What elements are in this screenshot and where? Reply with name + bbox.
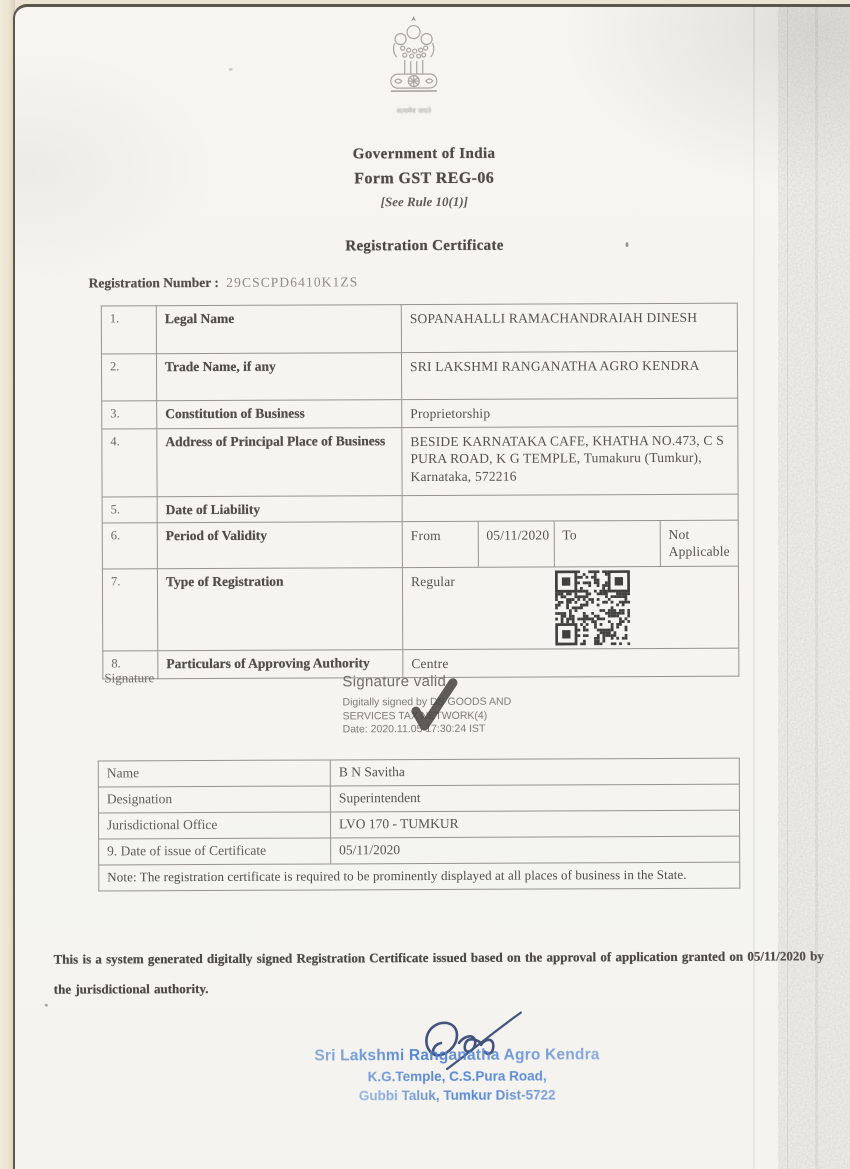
row-value: SRI LAKSHMI RANGANATHA AGRO KENDRA bbox=[401, 351, 737, 399]
row-number: 1. bbox=[101, 306, 156, 354]
scan-speck bbox=[45, 1004, 48, 1007]
row-label: Jurisdictional Office bbox=[98, 812, 330, 839]
registration-number-label: Registration Number : bbox=[89, 275, 219, 291]
row-label: Address of Principal Place of Business bbox=[157, 427, 402, 496]
row-value: SOPANAHALLI RAMACHANDRAIAH DINESH bbox=[401, 303, 737, 352]
certificate-table: 1. Legal Name SOPANAHALLI RAMACHANDRAIAH… bbox=[101, 303, 740, 679]
registration-type-cell: Regular bbox=[402, 566, 738, 649]
row-label: Trade Name, if any bbox=[156, 353, 401, 401]
rule-reference: [See Rule 10(1)] bbox=[13, 192, 835, 212]
row-number: 2. bbox=[101, 354, 156, 401]
row-number: 4. bbox=[102, 428, 157, 496]
row-number: 5. bbox=[102, 496, 157, 522]
note-text: Note: The registration certificate is re… bbox=[99, 862, 740, 891]
validity-to-label: To bbox=[554, 521, 660, 567]
signature-label: Signature bbox=[104, 670, 154, 686]
row-label: Type of Registration bbox=[157, 567, 402, 650]
table-row-type-of-registration: 7. Type of Registration Regular bbox=[102, 566, 738, 651]
validity-from-date: 05/11/2020 bbox=[478, 521, 554, 566]
table-row-note: Note: The registration certificate is re… bbox=[99, 862, 740, 891]
ashoka-emblem-icon: सत्यमेव जयते bbox=[379, 15, 449, 116]
row-value: Superintendent bbox=[330, 784, 739, 812]
table-row-jurisdictional-office: Jurisdictional Office LVO 170 - TUMKUR bbox=[98, 810, 739, 839]
table-row-date-of-liability: 5. Date of Liability bbox=[102, 494, 738, 523]
signature-section: Signature Signature valid Digitally sign… bbox=[102, 664, 752, 762]
table-row-name: Name B N Savitha bbox=[98, 758, 739, 787]
table-row-trade-name: 2. Trade Name, if any SRI LAKSHMI RANGAN… bbox=[101, 351, 737, 401]
row-value: B N Savitha bbox=[330, 758, 739, 786]
registration-number: Registration Number : 29CSCPD6410K1ZS bbox=[89, 274, 359, 291]
row-value: BESIDE KARNATAKA CAFE, KHATHA NO.473, C … bbox=[402, 426, 738, 495]
row-label: Legal Name bbox=[156, 305, 401, 354]
qr-code bbox=[555, 570, 630, 645]
row-value bbox=[402, 494, 738, 521]
row-label: Period of Validity bbox=[157, 521, 402, 568]
form-title: Form GST REG-06 bbox=[13, 168, 835, 190]
registration-number-value: 29CSCPD6410K1ZS bbox=[226, 274, 358, 290]
row-value: Proprietorship bbox=[402, 398, 738, 427]
row-value: 05/11/2020 bbox=[331, 836, 740, 864]
table-row-legal-name: 1. Legal Name SOPANAHALLI RAMACHANDRAIAH… bbox=[101, 303, 737, 354]
stamp-line-2: K.G.Temple, C.S.Pura Road, bbox=[287, 1068, 627, 1084]
business-stamp: Sri Lakshmi Ranganatha Agro Kendra K.G.T… bbox=[287, 1046, 627, 1103]
document-header: Government of India Form GST REG-06 [See… bbox=[13, 144, 835, 212]
row-label: Name bbox=[98, 760, 330, 787]
row-number: 3. bbox=[102, 401, 157, 429]
stamp-line-3: Gubbi Taluk, Tumkur Dist-5722 bbox=[287, 1087, 627, 1103]
row-number: 6. bbox=[102, 522, 157, 568]
scan-speck bbox=[625, 242, 628, 247]
row-value: Regular bbox=[411, 574, 455, 589]
footer-paragraph: This is a system generated digitally sig… bbox=[54, 941, 829, 1004]
row-label: 9. Date of issue of Certificate bbox=[99, 838, 331, 865]
row-value: LVO 170 - TUMKUR bbox=[330, 810, 739, 838]
authority-table: Name B N Savitha Designation Superintend… bbox=[98, 758, 741, 892]
row-label: Constitution of Business bbox=[157, 400, 402, 429]
row-label: Date of Liability bbox=[157, 495, 402, 522]
row-number: 7. bbox=[102, 568, 157, 650]
validity-cell: From 05/11/2020 To Not Applicable bbox=[402, 520, 738, 568]
table-row-date-of-issue: 9. Date of issue of Certificate 05/11/20… bbox=[99, 836, 740, 865]
footer-line-1: This is a system generated digitally sig… bbox=[54, 941, 829, 974]
validity-to-date: Not Applicable bbox=[660, 520, 737, 565]
certificate-title: Registration Certificate bbox=[13, 236, 835, 257]
table-row-address: 4. Address of Principal Place of Busines… bbox=[102, 426, 738, 497]
stamp-line-1: Sri Lakshmi Ranganatha Agro Kendra bbox=[287, 1046, 627, 1065]
scan-speck bbox=[229, 68, 233, 71]
row-label: Designation bbox=[98, 786, 330, 813]
validity-from-label: From bbox=[403, 521, 479, 566]
table-row-designation: Designation Superintendent bbox=[98, 784, 739, 813]
signature-check-icon bbox=[410, 675, 458, 737]
table-row-period-of-validity: 6. Period of Validity From 05/11/2020 To… bbox=[102, 520, 738, 569]
scanned-page: सत्यमेव जयते Government of India Form GS… bbox=[13, 4, 850, 1169]
government-of-india-heading: Government of India bbox=[13, 144, 835, 165]
footer-line-2: the jurisdictional authority. bbox=[54, 971, 829, 1004]
emblem-motto: सत्यमेव जयते bbox=[379, 107, 449, 116]
table-row-constitution: 3. Constitution of Business Proprietorsh… bbox=[102, 398, 738, 428]
